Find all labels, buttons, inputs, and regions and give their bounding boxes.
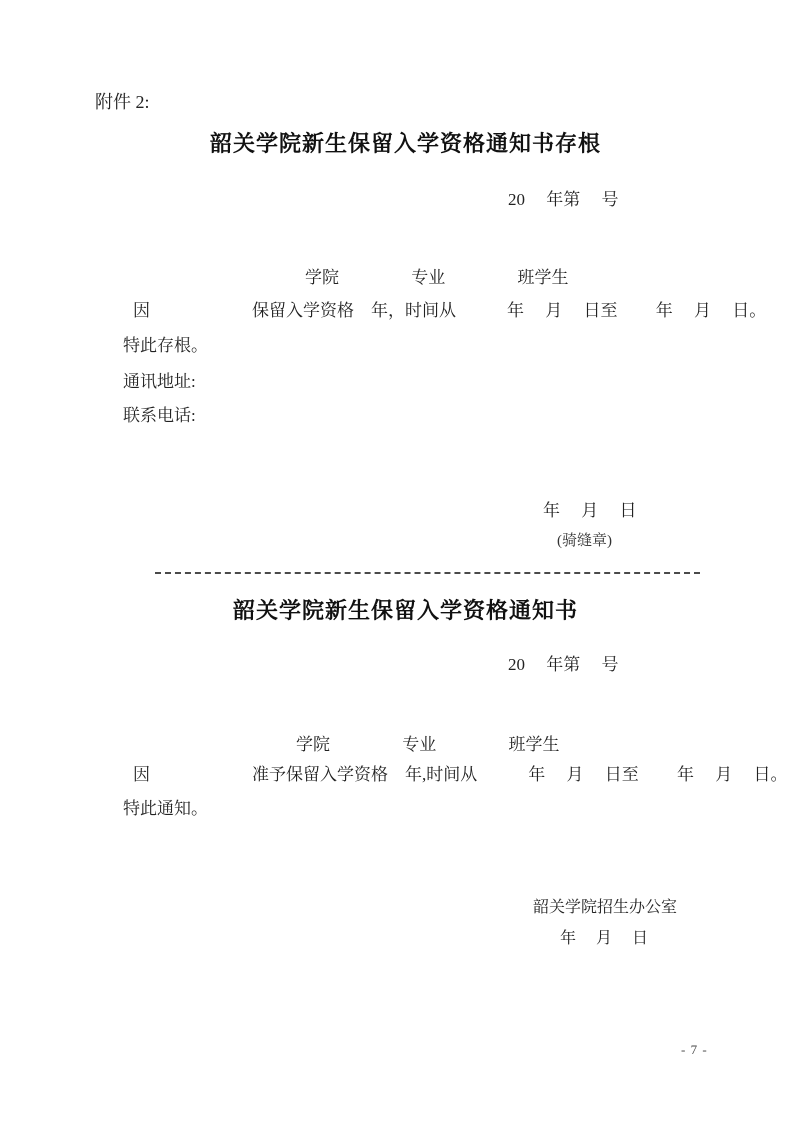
seam-seal-label: (骑缝章) [557,533,612,550]
stub-reason-line: 因 保留入学资格 年，时间从 年 月 日至 年 月 日。 [133,301,766,321]
stub-note: 特此存根。 [123,336,208,356]
stub-date-line: 年 月 日 [543,501,637,521]
notice-fields-line: 学院 专业 班学生 [296,735,560,755]
notice-reason-line: 因 准予保留入学资格 年,时间从 年 月 日至 年 月 日。 [133,765,788,785]
stub-title: 韶关学院新生保留入学资格通知书存根 [9,131,793,156]
document-page: 附件 2: 韶关学院新生保留入学资格通知书存根 20 年第 号 学院 专业 班学… [0,0,793,1122]
page-number: - 7 - [681,1043,708,1058]
stub-fields-line: 学院 专业 班学生 [305,268,569,288]
stub-serial-line: 20 年第 号 [508,190,619,210]
attachment-label: 附件 2: [95,92,150,113]
stub-address-label: 通讯地址: [123,372,196,392]
notice-date-line: 年 月 日 [560,930,648,948]
notice-serial-line: 20 年第 号 [508,655,619,675]
tear-dashed-line [155,572,700,574]
stub-phone-label: 联系电话: [123,406,196,426]
notice-title: 韶关学院新生保留入学资格通知书 [9,598,793,623]
office-signature: 韶关学院招生办公室 [533,899,677,917]
notice-note: 特此通知。 [123,799,208,819]
